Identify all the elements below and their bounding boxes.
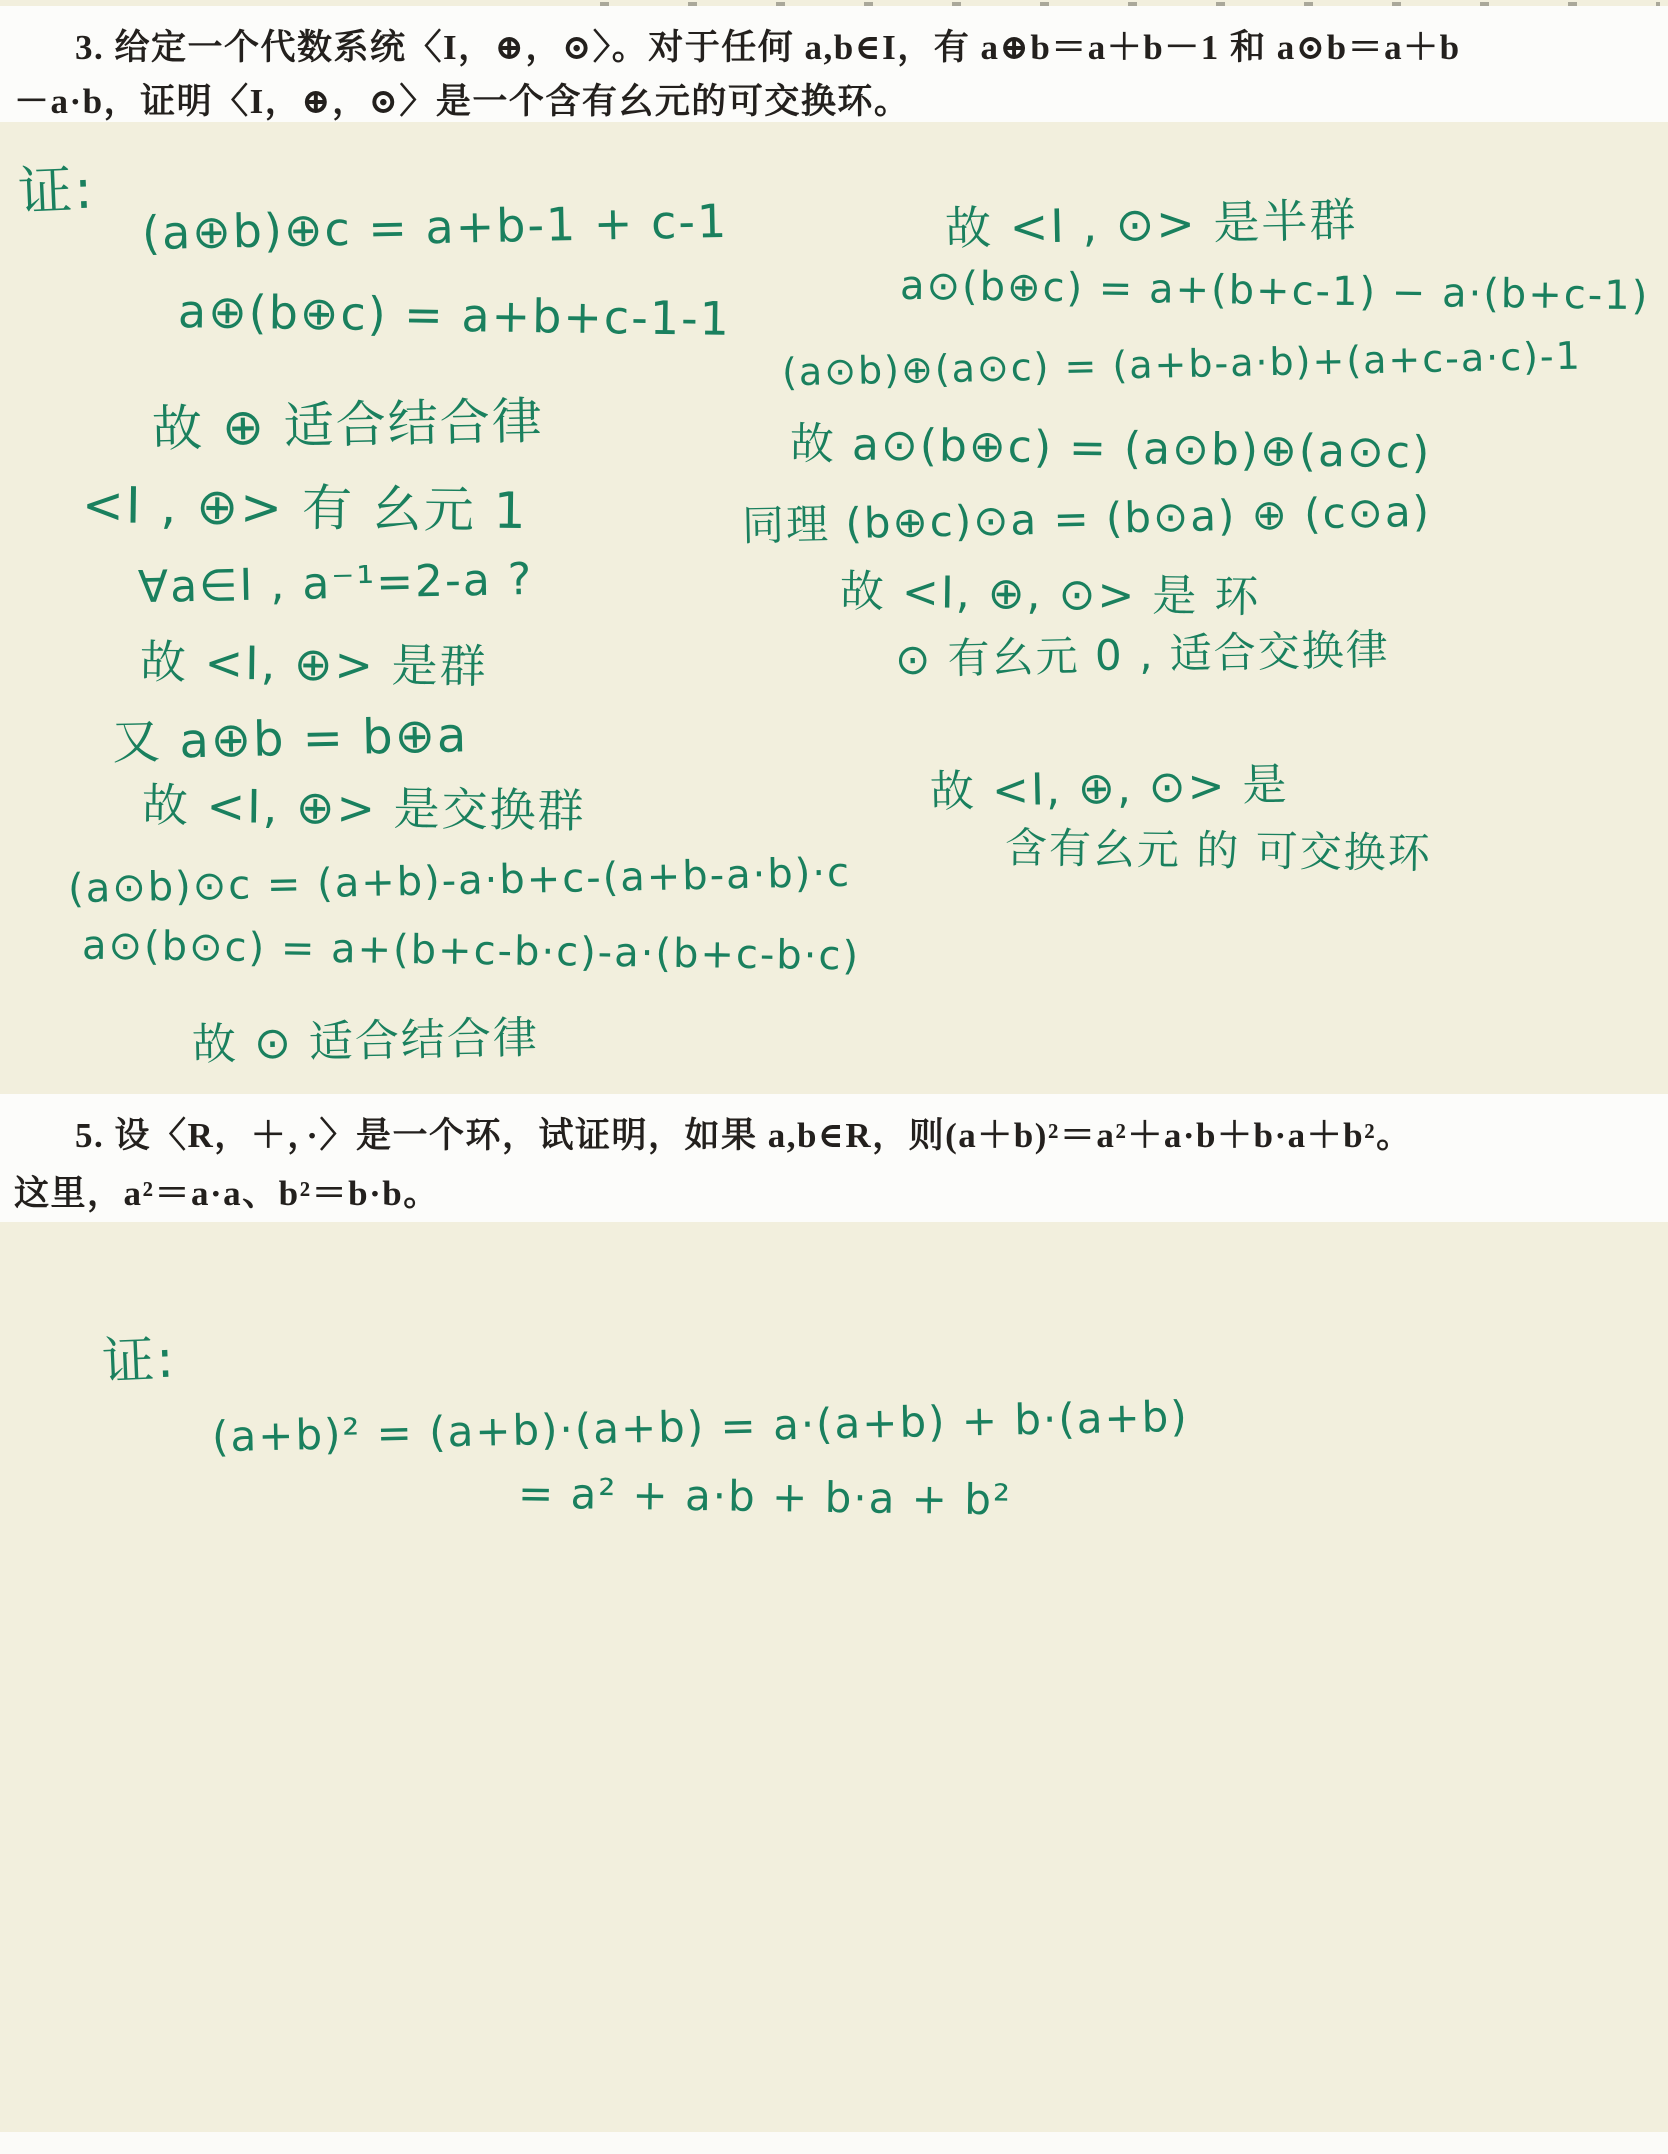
handwritten-line-inverse: ∀a∈I , a⁻¹=2-a ? xyxy=(138,554,534,613)
handwritten-line-square-result: = a² + a·b + b·a + b² xyxy=(518,1469,1012,1525)
handwritten-line-semigroup: 故 <I , ⊙> 是半群 xyxy=(944,184,1358,259)
problem-5-line-2: 这里，a²＝a·a、b²＝b·b。 xyxy=(14,1166,440,1216)
problem-3-line-1: 3. 给定一个代数系统〈I，⊕，⊙〉。对于任何 a,b∈I，有 a⊕b＝a＋b－… xyxy=(75,20,1461,70)
handwritten-line-distributive-conclusion: 故 a⊙(b⊕c) = (a⊙b)⊕(a⊙c) xyxy=(790,408,1432,481)
scanned-notebook-page: 3. 给定一个代数系统〈I，⊕，⊙〉。对于任何 a,b∈I，有 a⊕b＝a＋b－… xyxy=(0,0,1668,2154)
proof-label-problem-3: 证: xyxy=(16,146,95,226)
handwritten-line-distributive-lhs: a⊙(b⊕c) = a+(b+c-1) − a·(b+c-1) xyxy=(900,263,1650,319)
handwritten-line-oplus-assoc-lhs: (a⊕b)⊕c = a+b-1 + c-1 xyxy=(141,194,728,260)
handwritten-line-commutative: 又 a⊕b = b⊕a xyxy=(111,696,469,772)
handwritten-line-oplus-assoc-conclusion: 故 ⊕ 适合结合律 xyxy=(151,381,544,461)
handwritten-line-is-abelian-group: 故 <I, ⊕> 是交换群 xyxy=(142,769,587,841)
handwritten-line-odot-assoc-rhs: a⊙(b⊙c) = a+(b+c-b·c)-a·(b+c-b·c) xyxy=(82,923,861,980)
handwritten-line-is-group: 故 <I, ⊕> 是群 xyxy=(140,626,489,697)
handwritten-line-distributive-rhs: (a⊙b)⊕(a⊙c) = (a+b-a·b)+(a+c-a·c)-1 xyxy=(782,334,1583,395)
handwritten-line-odot-assoc-lhs: (a⊙b)⊙c = (a+b)-a·b+c-(a+b-a·b)·c xyxy=(68,850,852,912)
problem-5-line-1: 5. 设〈R，＋，·〉是一个环，试证明，如果 a,b∈R，则(a＋b)²＝a²＋… xyxy=(75,1108,1413,1158)
handwritten-line-is-ring: 故 <I, ⊕, ⊙> 是 环 xyxy=(840,555,1261,625)
proof-label-problem-5: 证: xyxy=(100,1316,177,1394)
handwritten-line-identity-element-1: <I , ⊕> 有 幺元 1 xyxy=(82,465,529,543)
handwritten-line-final-conclusion-2: 含有幺元 的 可交换环 xyxy=(1005,815,1432,881)
handwritten-line-square-expansion: (a+b)² = (a+b)·(a+b) = a·(a+b) + b·(a+b) xyxy=(212,1392,1190,1461)
handwritten-line-similarly-right-distributive: 同理 (b⊕c)⊙a = (b⊙a) ⊕ (c⊙a) xyxy=(741,479,1431,553)
handwritten-line-final-conclusion-1: 故 <I, ⊕, ⊙> 是 xyxy=(929,748,1289,819)
handwritten-line-odot-identity-commutative: ⊙ 有幺元 0 , 适合交换律 xyxy=(894,617,1390,687)
handwritten-line-oplus-assoc-rhs: a⊕(b⊕c) = a+b+c-1-1 xyxy=(178,284,732,346)
problem-3-line-2: －a·b，证明〈I，⊕，⊙〉是一个含有幺元的可交换环。 xyxy=(14,74,910,124)
handwritten-line-odot-assoc-conclusion: 故 ⊙ 适合结合律 xyxy=(191,1001,539,1072)
scan-bottom-edge xyxy=(0,2132,1668,2154)
